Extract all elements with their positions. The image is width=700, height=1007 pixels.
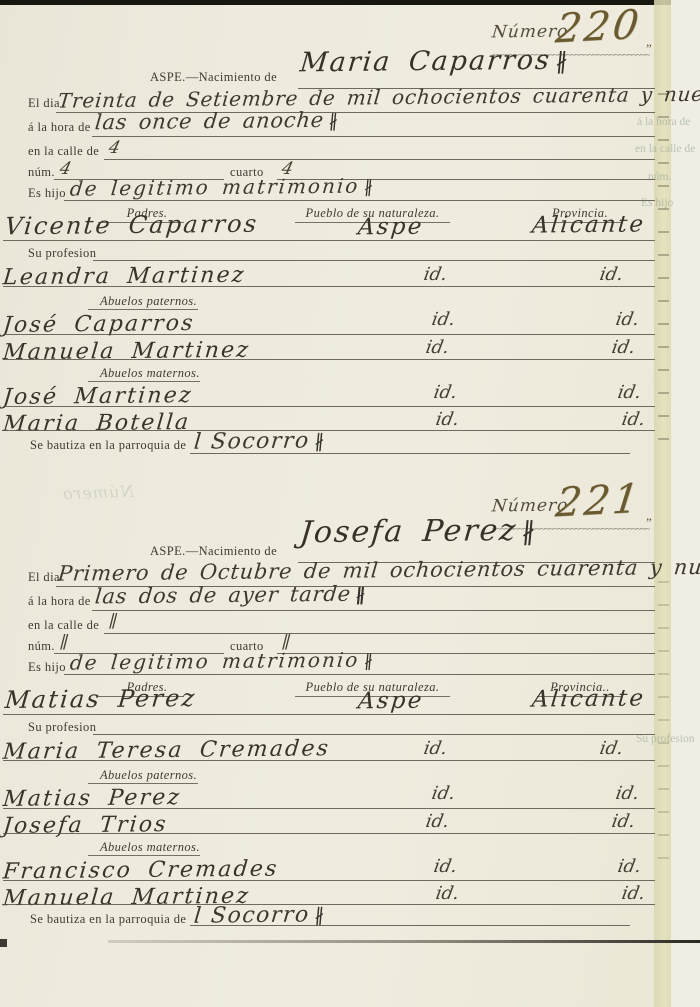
- father-pueblo: Aspe: [357, 214, 425, 241]
- ruled-line: [190, 453, 630, 454]
- parish-text: l Socorro: [193, 428, 311, 454]
- father-name: Matias Perez: [4, 684, 198, 714]
- birth-hour-text: las dos de ayer tarde: [94, 582, 352, 609]
- ruled-line: [190, 925, 630, 926]
- ditto-mark: id.: [424, 337, 451, 358]
- header-underline: [88, 309, 198, 310]
- paternal-grandmother: Josefa Trios: [2, 812, 169, 839]
- ruled-line: [64, 200, 655, 201]
- header-underline: [88, 381, 200, 382]
- ruled-line: [3, 240, 655, 241]
- end-flourish: ∦: [358, 651, 375, 671]
- end-flourish: ∦: [350, 585, 367, 606]
- birth-date: Primero de Octubre de mil ochocientos cu…: [57, 554, 700, 585]
- legitimacy-text: de legitimo matrimonio: [69, 648, 361, 675]
- ruled-line: [3, 880, 655, 881]
- ruled-line: [104, 633, 655, 634]
- ruled-line: [3, 430, 655, 431]
- ruled-line: [93, 734, 655, 735]
- father-provincia: Alicante: [531, 211, 647, 238]
- record-number: 221: [553, 476, 644, 527]
- ruled-line: [3, 808, 655, 809]
- form-title: ASPE.—Nacimiento de: [150, 70, 277, 85]
- ruled-line: [93, 260, 655, 261]
- ruled-line: [92, 136, 655, 137]
- calle-label: en la calle de: [28, 618, 99, 633]
- birth-record-220: Número 220 „ ASPE.—Nacimiento de Maria C…: [0, 8, 700, 468]
- ditto-mark: id.: [610, 337, 637, 358]
- header-underline: [88, 855, 200, 856]
- birth-date-text: Primero de Octubre de mil ochocientos cu…: [57, 554, 700, 585]
- child-name-text: Maria Caparros: [299, 45, 553, 79]
- child-name: Maria Caparros∦: [299, 45, 571, 79]
- parish-entry: l Socorro∦: [193, 428, 327, 454]
- num-label: núm.: [28, 165, 55, 180]
- record-number-suffix: „: [646, 508, 653, 524]
- ditto-mark: id.: [616, 382, 643, 403]
- end-flourish: ∦: [309, 431, 327, 452]
- ruled-line: [3, 760, 655, 761]
- ditto-mark: id.: [432, 856, 459, 877]
- end-flourish: ∦: [323, 111, 340, 132]
- ruled-line: [3, 406, 655, 407]
- ruled-line: [92, 610, 655, 611]
- ruled-line: [3, 286, 655, 287]
- end-flourish: ∦: [309, 905, 327, 926]
- calle-label: en la calle de: [28, 144, 99, 159]
- bautiza-label: Se bautiza en la parroquia de: [30, 438, 186, 453]
- birth-date-text: Treinta de Setiembre de mil ochocientos …: [57, 82, 700, 113]
- ditto-mark: id.: [424, 811, 451, 832]
- birth-date: Treinta de Setiembre de mil ochocientos …: [57, 81, 700, 112]
- birth-record-221: Número 221 „ ASPE.—Nacimiento de Josefa …: [0, 482, 700, 942]
- abuelos-maternos-label: Abuelos maternos.: [100, 840, 200, 855]
- ruled-line: [3, 334, 655, 335]
- end-flourish: ∦: [516, 517, 539, 547]
- mother-provincia-ditto: id.: [598, 264, 625, 285]
- street-entry: ∥: [107, 612, 120, 632]
- num-entry: ∥: [58, 633, 71, 653]
- el-dia-label: El dia: [28, 96, 60, 111]
- ditto-mark: id.: [620, 883, 647, 904]
- birth-hour: las once de anoche∦: [94, 108, 340, 135]
- el-dia-label: El dia: [28, 570, 60, 585]
- mother-pueblo-ditto: id.: [422, 738, 449, 759]
- street-entry: 4: [107, 138, 123, 158]
- num-label: núm.: [28, 639, 55, 654]
- child-name: Josefa Perez∦: [298, 513, 538, 551]
- ditto-mark: id.: [432, 382, 459, 403]
- abuelos-maternos-label: Abuelos maternos.: [100, 366, 200, 381]
- mother-provincia-ditto: id.: [598, 738, 625, 759]
- ditto-mark: id.: [616, 856, 643, 877]
- hora-label: á la hora de: [28, 120, 91, 135]
- end-flourish: ∦: [550, 49, 571, 75]
- mother-pueblo-ditto: id.: [422, 264, 449, 285]
- hora-label: á la hora de: [28, 594, 91, 609]
- register-page: á la hora de en la calle de núm. Es hijo…: [0, 0, 700, 1007]
- end-flourish: ∦: [358, 177, 375, 197]
- bautiza-label: Se bautiza en la parroquia de: [30, 912, 186, 927]
- father-pueblo: Aspe: [357, 688, 425, 715]
- father-name: Vicente Caparros: [4, 210, 260, 241]
- ditto-mark: id.: [434, 883, 461, 904]
- legitimacy-text: de legitimo matrimonio: [69, 174, 361, 201]
- record-number-suffix: „: [646, 34, 653, 50]
- hijo-label: Es hijo: [28, 186, 66, 201]
- ruled-line: [3, 359, 655, 360]
- father-provincia: Alicante: [531, 685, 647, 712]
- profesion-label: Su profesion: [28, 720, 96, 735]
- ruled-line: [104, 159, 655, 160]
- hijo-label: Es hijo: [28, 660, 66, 675]
- ditto-mark: id.: [620, 409, 647, 430]
- paternal-grandmother: Manuela Martinez: [2, 338, 252, 366]
- ruled-line: [3, 714, 655, 715]
- ditto-mark: id.: [430, 783, 457, 804]
- abuelos-paternos-label: Abuelos paternos.: [100, 768, 197, 783]
- legitimacy-entry: de legitimo matrimonio∦: [69, 647, 376, 674]
- ditto-mark: id.: [614, 783, 641, 804]
- birth-hour: las dos de ayer tarde∦: [94, 582, 367, 609]
- legitimacy-entry: de legitimo matrimonio∦: [69, 173, 376, 200]
- profesion-label: Su profesion: [28, 246, 96, 261]
- ditto-mark: id.: [434, 409, 461, 430]
- birth-hour-text: las once de anoche: [94, 108, 325, 134]
- ruled-line: [64, 674, 655, 675]
- ruled-line: [3, 904, 655, 905]
- abuelos-paternos-label: Abuelos paternos.: [100, 294, 197, 309]
- ditto-mark: id.: [430, 309, 457, 330]
- ditto-mark: id.: [610, 811, 637, 832]
- ruled-line: [3, 833, 655, 834]
- maternal-grandmother: Maria Botella: [2, 410, 192, 437]
- child-name-text: Josefa Perez: [298, 513, 519, 550]
- ditto-mark: id.: [614, 309, 641, 330]
- header-underline: [88, 783, 198, 784]
- form-title: ASPE.—Nacimiento de: [150, 544, 277, 559]
